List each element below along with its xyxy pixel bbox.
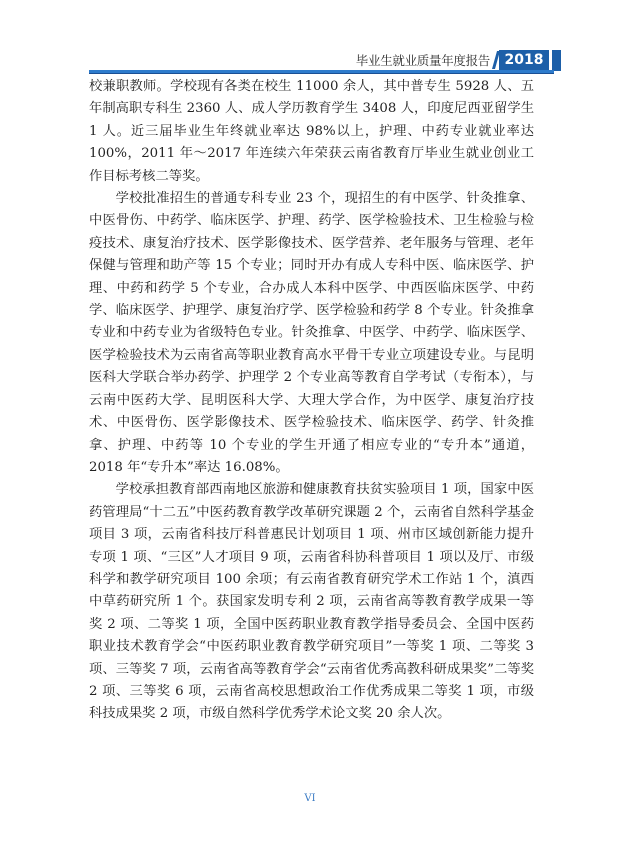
header-accent-block: [552, 50, 561, 71]
page-number: VI: [0, 793, 620, 804]
paragraph-2: 学校批准招生的普通专科专业 23 个，现招生的有中医学、针灸推拿、中医骨伤、中药…: [89, 188, 534, 479]
paragraph-3: 学校承担教育部西南地区旅游和健康教育扶贫实验项目 1 项，国家中医药管理局“十二…: [89, 479, 534, 725]
year-badge: 2018 届: [499, 50, 549, 71]
report-title: 毕业生就业质量年度报告: [356, 51, 490, 69]
page-header: 毕业生就业质量年度报告 2018 届: [0, 48, 620, 76]
body-text: 校兼职教师。学校现有各类在校生 11000 余人，其中普专生 5928 人、五年…: [89, 76, 534, 726]
header-rule: [89, 70, 554, 74]
paragraph-1: 校兼职教师。学校现有各类在校生 11000 余人，其中普专生 5928 人、五年…: [89, 76, 534, 188]
